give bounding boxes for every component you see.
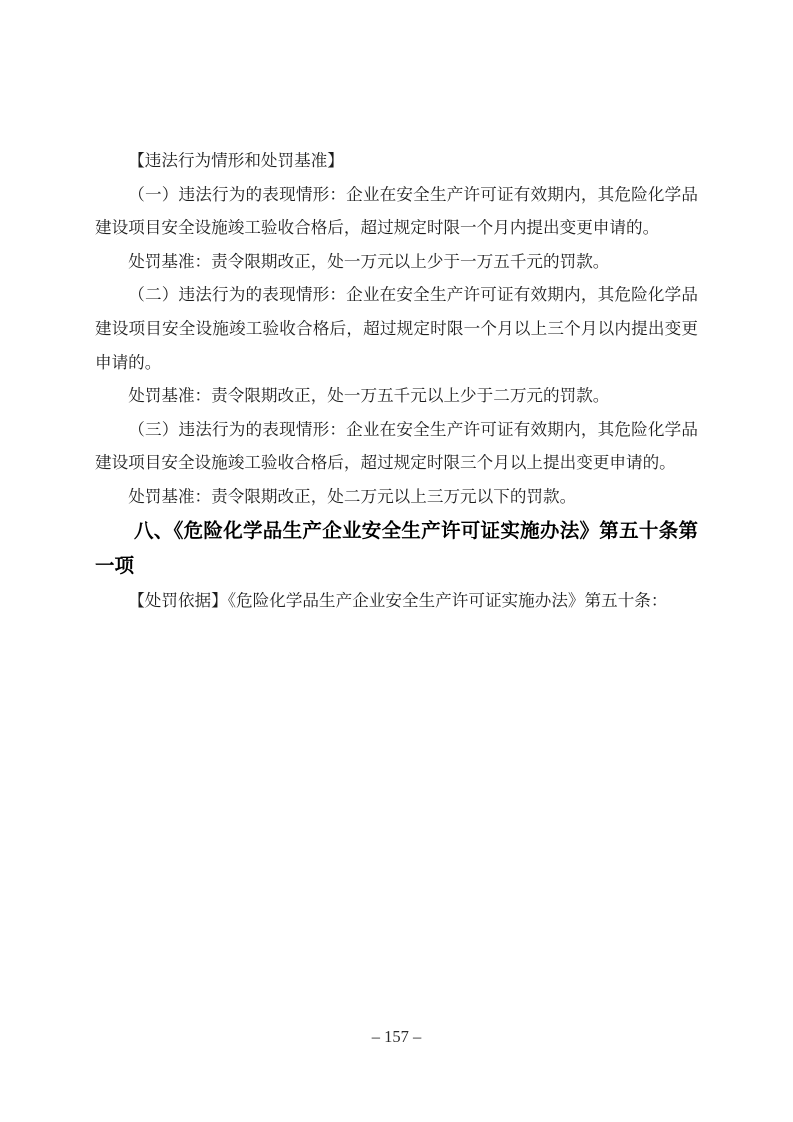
section-label: 【违法行为情形和处罚基准】 bbox=[95, 144, 698, 178]
violation-item-1: （一）违法行为的表现情形：企业在安全生产许可证有效期内，其危险化学品建设项目安全… bbox=[95, 178, 698, 245]
penalty-standard-2: 处罚基准：责令限期改正，处一万五千元以上少于二万元的罚款。 bbox=[95, 379, 698, 413]
penalty-standard-1: 处罚基准：责令限期改正，处一万元以上少于一万五千元的罚款。 bbox=[95, 245, 698, 279]
document-page: 【违法行为情形和处罚基准】 （一）违法行为的表现情形：企业在安全生产许可证有效期… bbox=[0, 0, 793, 1122]
document-body: 【违法行为情形和处罚基准】 （一）违法行为的表现情形：企业在安全生产许可证有效期… bbox=[95, 144, 698, 617]
penalty-standard-3: 处罚基准：责令限期改正，处二万元以上三万元以下的罚款。 bbox=[95, 480, 698, 514]
page-number: – 157 – bbox=[0, 1026, 793, 1048]
violation-item-3: （三）违法行为的表现情形：企业在安全生产许可证有效期内，其危险化学品建设项目安全… bbox=[95, 413, 698, 480]
penalty-basis-line: 【处罚依据】《危险化学品生产企业安全生产许可证实施办法》第五十条： bbox=[95, 584, 698, 618]
violation-item-2: （二）违法行为的表现情形：企业在安全生产许可证有效期内，其危险化学品建设项目安全… bbox=[95, 278, 698, 379]
section-heading: 八、《危险化学品生产企业安全生产许可证实施办法》第五十条第一项 bbox=[95, 514, 698, 584]
